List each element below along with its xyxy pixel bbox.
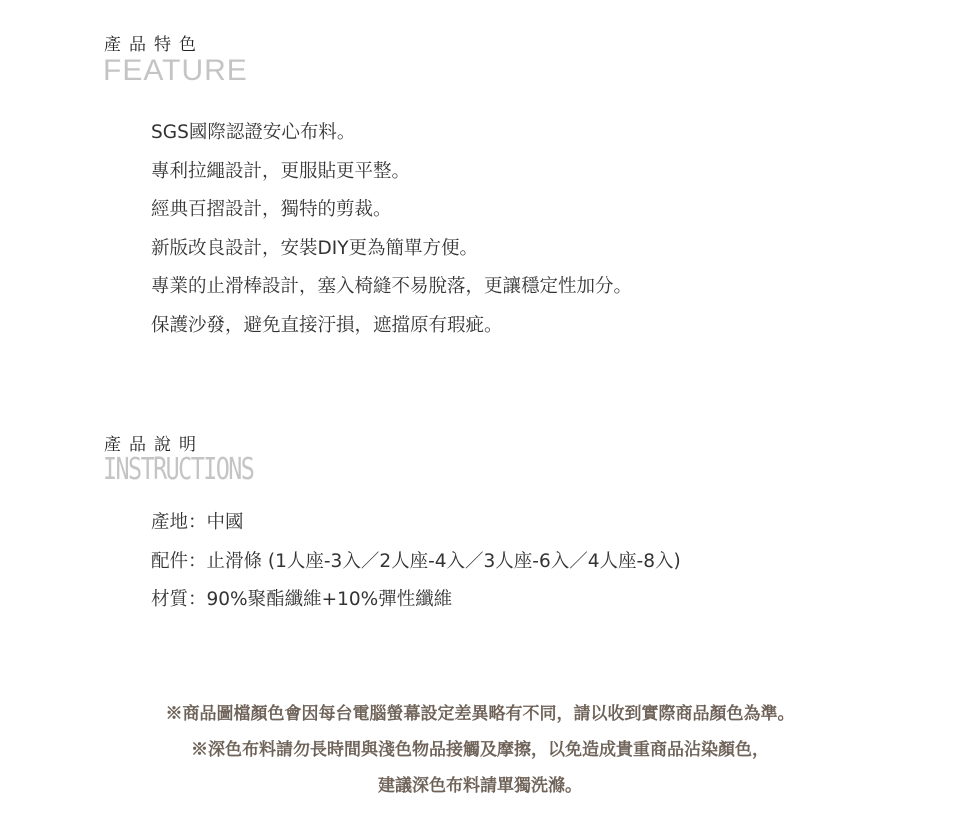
instructions-item: 配件：止滑條 (1人座-3入／2人座-4入／3人座-6入／4人座-8入): [151, 543, 681, 582]
feature-item: 經典百摺設計，獨特的剪裁。: [151, 191, 632, 230]
notice-line: 建議深色布料請單獨洗滌。: [0, 768, 960, 804]
feature-item: 新版改良設計，安裝DIY更為簡單方便。: [151, 230, 632, 269]
feature-list: SGS國際認證安心布料。 專利拉繩設計，更服貼更平整。 經典百摺設計，獨特的剪裁…: [151, 114, 632, 345]
feature-item: 專利拉繩設計，更服貼更平整。: [151, 153, 632, 192]
instructions-item: 材質：90%聚酯纖維+10%彈性纖維: [151, 581, 681, 620]
instructions-item: 產地：中國: [151, 504, 681, 543]
feature-item: 專業的止滑棒設計，塞入椅縫不易脫落，更讓穩定性加分。: [151, 268, 632, 307]
notice-line: ※商品圖檔顏色會因每台電腦螢幕設定差異略有不同，請以收到實際商品顏色為準。: [0, 696, 960, 732]
feature-item: SGS國際認證安心布料。: [151, 114, 632, 153]
instructions-list: 產地：中國 配件：止滑條 (1人座-3入／2人座-4入／3人座-6入／4人座-8…: [151, 504, 681, 620]
feature-title-en: FEATURE: [103, 54, 248, 88]
feature-title-zh: 產品特色: [104, 30, 204, 55]
instructions-title-en: INSTRUCTIONS: [103, 452, 253, 487]
notice-line: ※深色布料請勿長時間與淺色物品接觸及摩擦，以免造成貴重商品沾染顏色，: [0, 732, 960, 768]
notice-block: ※商品圖檔顏色會因每台電腦螢幕設定差異略有不同，請以收到實際商品顏色為準。 ※深…: [0, 696, 960, 804]
feature-item: 保護沙發，避免直接汙損，遮擋原有瑕疵。: [151, 307, 632, 346]
